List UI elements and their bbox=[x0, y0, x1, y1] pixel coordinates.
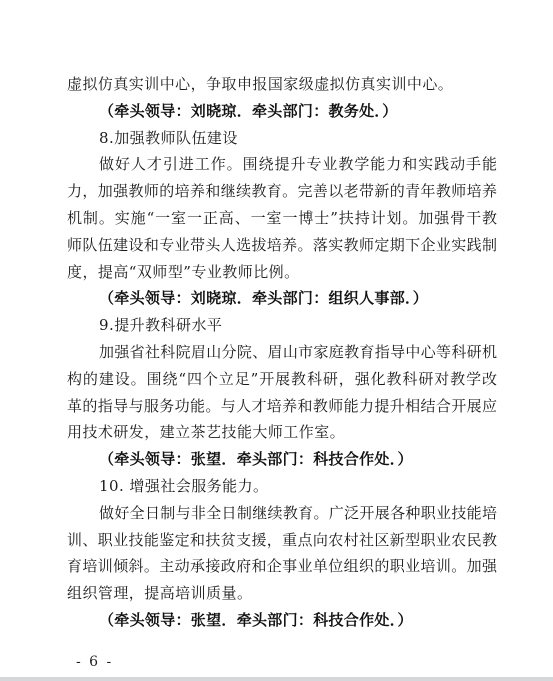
body-text-line: 机制。实施“一室一正高、一室一博士”扶持计划。加强骨干教 bbox=[67, 205, 497, 232]
item-heading-line: 10. 增强社会服务能力。 bbox=[67, 473, 497, 500]
body-text-line: 度，提高“双师型”专业教师比例。 bbox=[67, 259, 497, 286]
item-heading-line: 9.提升教科研水平 bbox=[67, 312, 497, 339]
body-text-line: 加强省社科院眉山分院、眉山市家庭教育指导中心等科研机 bbox=[67, 339, 497, 366]
document-text-block: 虚拟仿真实训中心，争取申报国家级虚拟仿真实训中心。 （牵头领导：刘晓琼．牵头部门… bbox=[67, 71, 497, 634]
body-text-line: 革的指导与服务功能。与人才培养和教师能力提升相结合开展应 bbox=[67, 393, 497, 420]
body-text-line: 组织管理，提高培训质量。 bbox=[67, 580, 497, 607]
lead-note-line: （牵头领导：刘晓琼．牵头部门：组织人事部．） bbox=[67, 285, 497, 312]
body-text-line: 构的建设。围绕“四个立足”开展教科研，强化教科研对教学改 bbox=[67, 366, 497, 393]
body-text-line: 做好全日制与非全日制继续教育。广泛开展各种职业技能培 bbox=[67, 500, 497, 527]
scanned-document-page: 虚拟仿真实训中心，争取申报国家级虚拟仿真实训中心。 （牵头领导：刘晓琼．牵头部门… bbox=[0, 0, 553, 681]
lead-note-line: （牵头领导：张望．牵头部门：科技合作处．） bbox=[67, 607, 497, 634]
body-text-line: 力，加强教师的培养和继续教育。完善以老带新的青年教师培养 bbox=[67, 178, 497, 205]
item-heading-line: 8.加强教师队伍建设 bbox=[67, 125, 497, 152]
body-text-line: 育培训倾斜。主动承接政府和企事业单位组织的职业培训。加强 bbox=[67, 553, 497, 580]
scan-edge-shadow bbox=[0, 677, 553, 681]
lead-note-line: （牵头领导：张望．牵头部门：科技合作处．） bbox=[67, 446, 497, 473]
lead-note-line: （牵头领导：刘晓琼．牵头部门：教务处．） bbox=[67, 98, 497, 125]
body-text-line: 虚拟仿真实训中心，争取申报国家级虚拟仿真实训中心。 bbox=[67, 71, 497, 98]
page-number: - 6 - bbox=[76, 654, 113, 670]
body-text-line: 训、职业技能鉴定和扶贫支援，重点向农村社区新型职业农民教 bbox=[67, 527, 497, 554]
body-text-line: 做好人才引进工作。围绕提升专业教学能力和实践动手能 bbox=[67, 151, 497, 178]
body-text-line: 用技术研发，建立茶艺技能大师工作室。 bbox=[67, 419, 497, 446]
body-text-line: 师队伍建设和专业带头人选拔培养。落实教师定期下企业实践制 bbox=[67, 232, 497, 259]
